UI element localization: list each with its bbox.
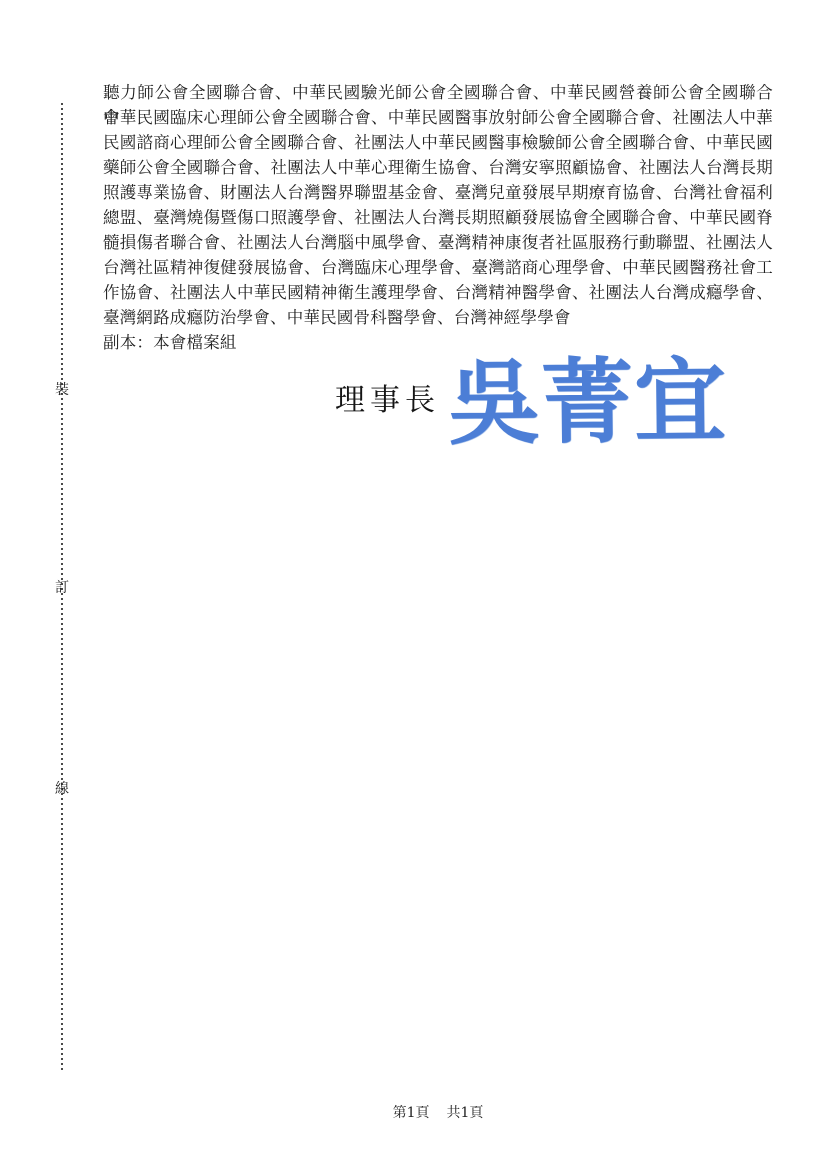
binding-mark-zhuang: 裝 xyxy=(55,383,69,397)
cc-line: 藥師公會全國聯合會、社團法人中華心理衛生協會、台灣安寧照顧協會、社團法人台灣長期 xyxy=(103,155,773,180)
signature-name-handwritten: 吳菁宜 xyxy=(447,351,727,454)
signature-block: 理事長 吳菁宜 xyxy=(335,350,727,452)
cc-line: 髓損傷者聯合會、社團法人台灣腦中風學會、臺灣精神康復者社區服務行動聯盟、社團法人 xyxy=(103,230,773,255)
cc-line: 中華民國臨床心理師公會全國聯合會、中華民國醫事放射師公會全國聯合會、社團法人中華 xyxy=(103,105,773,130)
binding-mark-xian: 線 xyxy=(55,782,69,796)
cc-line: 照護專業協會、財團法人台灣醫界聯盟基金會、臺灣兒童發展早期療育協會、台灣社會福利 xyxy=(103,180,773,205)
cc-line: 作協會、社團法人中華民國精神衛生護理學會、台灣精神醫學會、社團法人台灣成癮學會、 xyxy=(103,280,773,305)
cc-line: 台灣社區精神復健發展協會、台灣臨床心理學會、臺灣諮商心理學會、中華民國醫務社會工 xyxy=(103,255,773,280)
cc-line: 臺灣網路成癮防治學會、中華民國骨科醫學會、台灣神經學學會 xyxy=(103,305,773,330)
document-page: 裝 訂 線 聽力師公會全國聯合會、中華民國驗光師公會全國聯合會、中華民國營養師公… xyxy=(0,0,827,1169)
cc-line: 聽力師公會全國聯合會、中華民國驗光師公會全國聯合會、中華民國營養師公會全國聯合會… xyxy=(103,80,773,105)
binding-mark-ding: 訂 xyxy=(55,581,69,595)
cc-organization-list: 聽力師公會全國聯合會、中華民國驗光師公會全國聯合會、中華民國營養師公會全國聯合會… xyxy=(103,80,773,355)
footer-page-current: 第1頁 xyxy=(393,1104,430,1122)
signature-title: 理事長 xyxy=(335,386,440,416)
cc-line: 總盟、臺灣燒傷暨傷口照護學會、社團法人台灣長期照顧發展協會全國聯合會、中華民國脊 xyxy=(103,205,773,230)
page-footer: 第1頁 共1頁 xyxy=(103,1104,773,1122)
cc-line: 民國諮商心理師公會全國聯合會、社團法人中華民國醫事檢驗師公會全國聯合會、中華民國 xyxy=(103,130,773,155)
footer-page-total: 共1頁 xyxy=(447,1104,484,1122)
